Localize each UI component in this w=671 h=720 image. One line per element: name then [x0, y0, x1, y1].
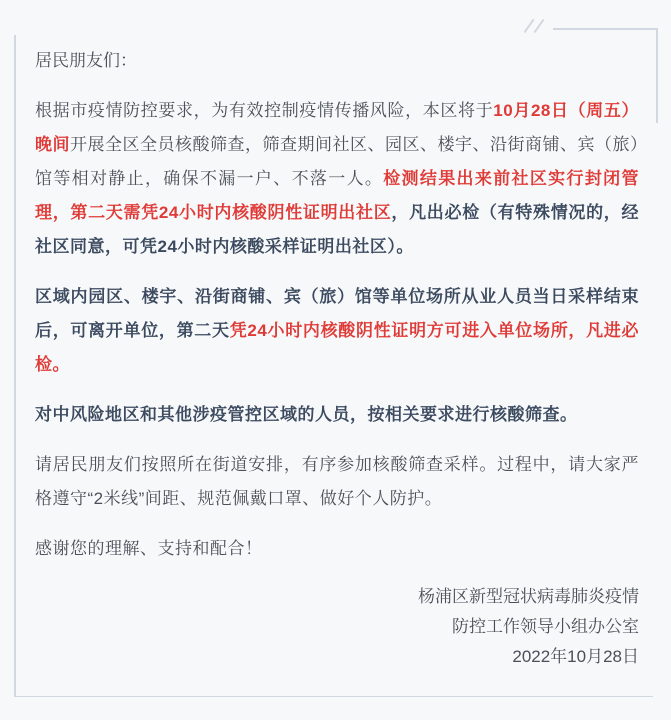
signature-date: 2022年10月28日: [35, 642, 639, 672]
text-segment-regular: 感谢您的理解、支持和配合！: [35, 539, 263, 558]
text-segment-bold: 对中风险地区和其他涉疫管控区域的人员，按相关要求进行核酸筛查。: [35, 405, 578, 424]
notice-body: 根据市疫情防控要求，为有效控制疫情传播风险，本区将于10月28日（周五）晚间开展…: [35, 94, 639, 566]
text-segment-regular: 根据市疫情防控要求，为有效控制疫情传播风险，本区将于: [35, 101, 493, 120]
slash-icon: [534, 19, 545, 33]
notice-paragraph: 根据市疫情防控要求，为有效控制疫情传播风险，本区将于10月28日（周五）晚间开展…: [35, 94, 639, 264]
left-border-line: [14, 35, 16, 697]
signature-block: 杨浦区新型冠状病毒肺炎疫情 防控工作领导小组办公室 2022年10月28日: [35, 582, 639, 672]
signature-org-line-2: 防控工作领导小组办公室: [35, 612, 639, 642]
notice-paragraph: 对中风险地区和其他涉疫管控区域的人员，按相关要求进行核酸筛查。: [35, 398, 639, 432]
corner-slashes-decoration: [520, 17, 548, 35]
greeting: 居民朋友们：: [35, 44, 639, 78]
notice-paragraph: 请居民朋友们按照所在街道安排，有序参加核酸筛查采样。过程中，请大家严格遵守“2米…: [35, 448, 639, 516]
signature-org-line-1: 杨浦区新型冠状病毒肺炎疫情: [35, 582, 639, 612]
notice-sheet: 居民朋友们： 根据市疫情防控要求，为有效控制疫情传播风险，本区将于10月28日（…: [35, 44, 639, 672]
notice-paragraph: 感谢您的理解、支持和配合！: [35, 532, 639, 566]
notice-paragraph: 区域内园区、楼宇、沿街商铺、宾（旅）馆等单位场所从业人员当日采样结束后，可离开单…: [35, 280, 639, 382]
bottom-border-line: [14, 696, 653, 697]
text-segment-regular: 请居民朋友们按照所在街道安排，有序参加核酸筛查采样。过程中，请大家严格遵守“2米…: [35, 455, 639, 508]
